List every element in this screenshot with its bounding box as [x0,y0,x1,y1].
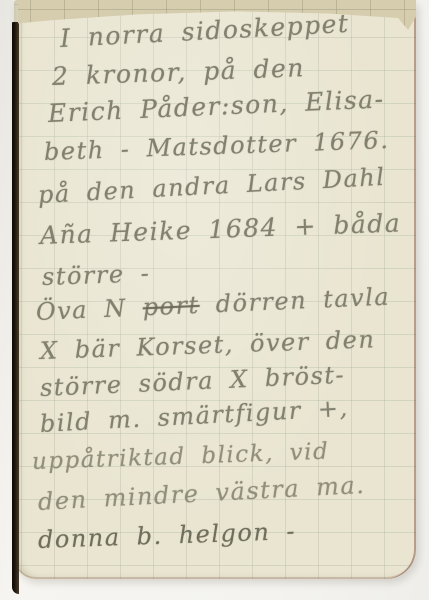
handwritten-line-2: 2 kronor, på den [52,55,306,89]
handwritten-line-7: större - [42,261,151,289]
handwritten-line-1: I norra sidoskeppet [59,11,350,51]
binding-edge [12,22,19,594]
handwritten-line-4: beth - Matsdotter 1676. [44,128,390,164]
notebook-photo: I norra sidoskeppet 2 kronor, på den Eri… [0,0,429,600]
handwritten-line-5: på den andra Lars Dahl [37,165,386,207]
handwritten-line-13: den mindre västra ma. [37,473,365,514]
handwritten-line-8: Öva N port dörren tavla [35,285,390,324]
handwritten-line-12: uppåtriktad blick, vid [32,441,330,474]
handwritten-line-10: större södra X bröst- [39,363,345,400]
handwritten-line-11: bild m. smärtfigur +, [39,396,349,436]
line-8-text-after: dörren tavla [199,283,391,319]
handwritten-line-14: donna b. helgon - [38,519,297,552]
handwritten-line-6: Aña Heike 1684 + båda [40,210,402,248]
notebook-page: I norra sidoskeppet 2 kronor, på den Eri… [14,0,416,579]
handwritten-line-9: X bär Korset, över den [40,327,376,363]
handwritten-line-3: Erich Påder:son, Elisa- [47,86,385,126]
struck-word: port [142,291,200,321]
line-8-text-before: Öva N [35,293,143,326]
